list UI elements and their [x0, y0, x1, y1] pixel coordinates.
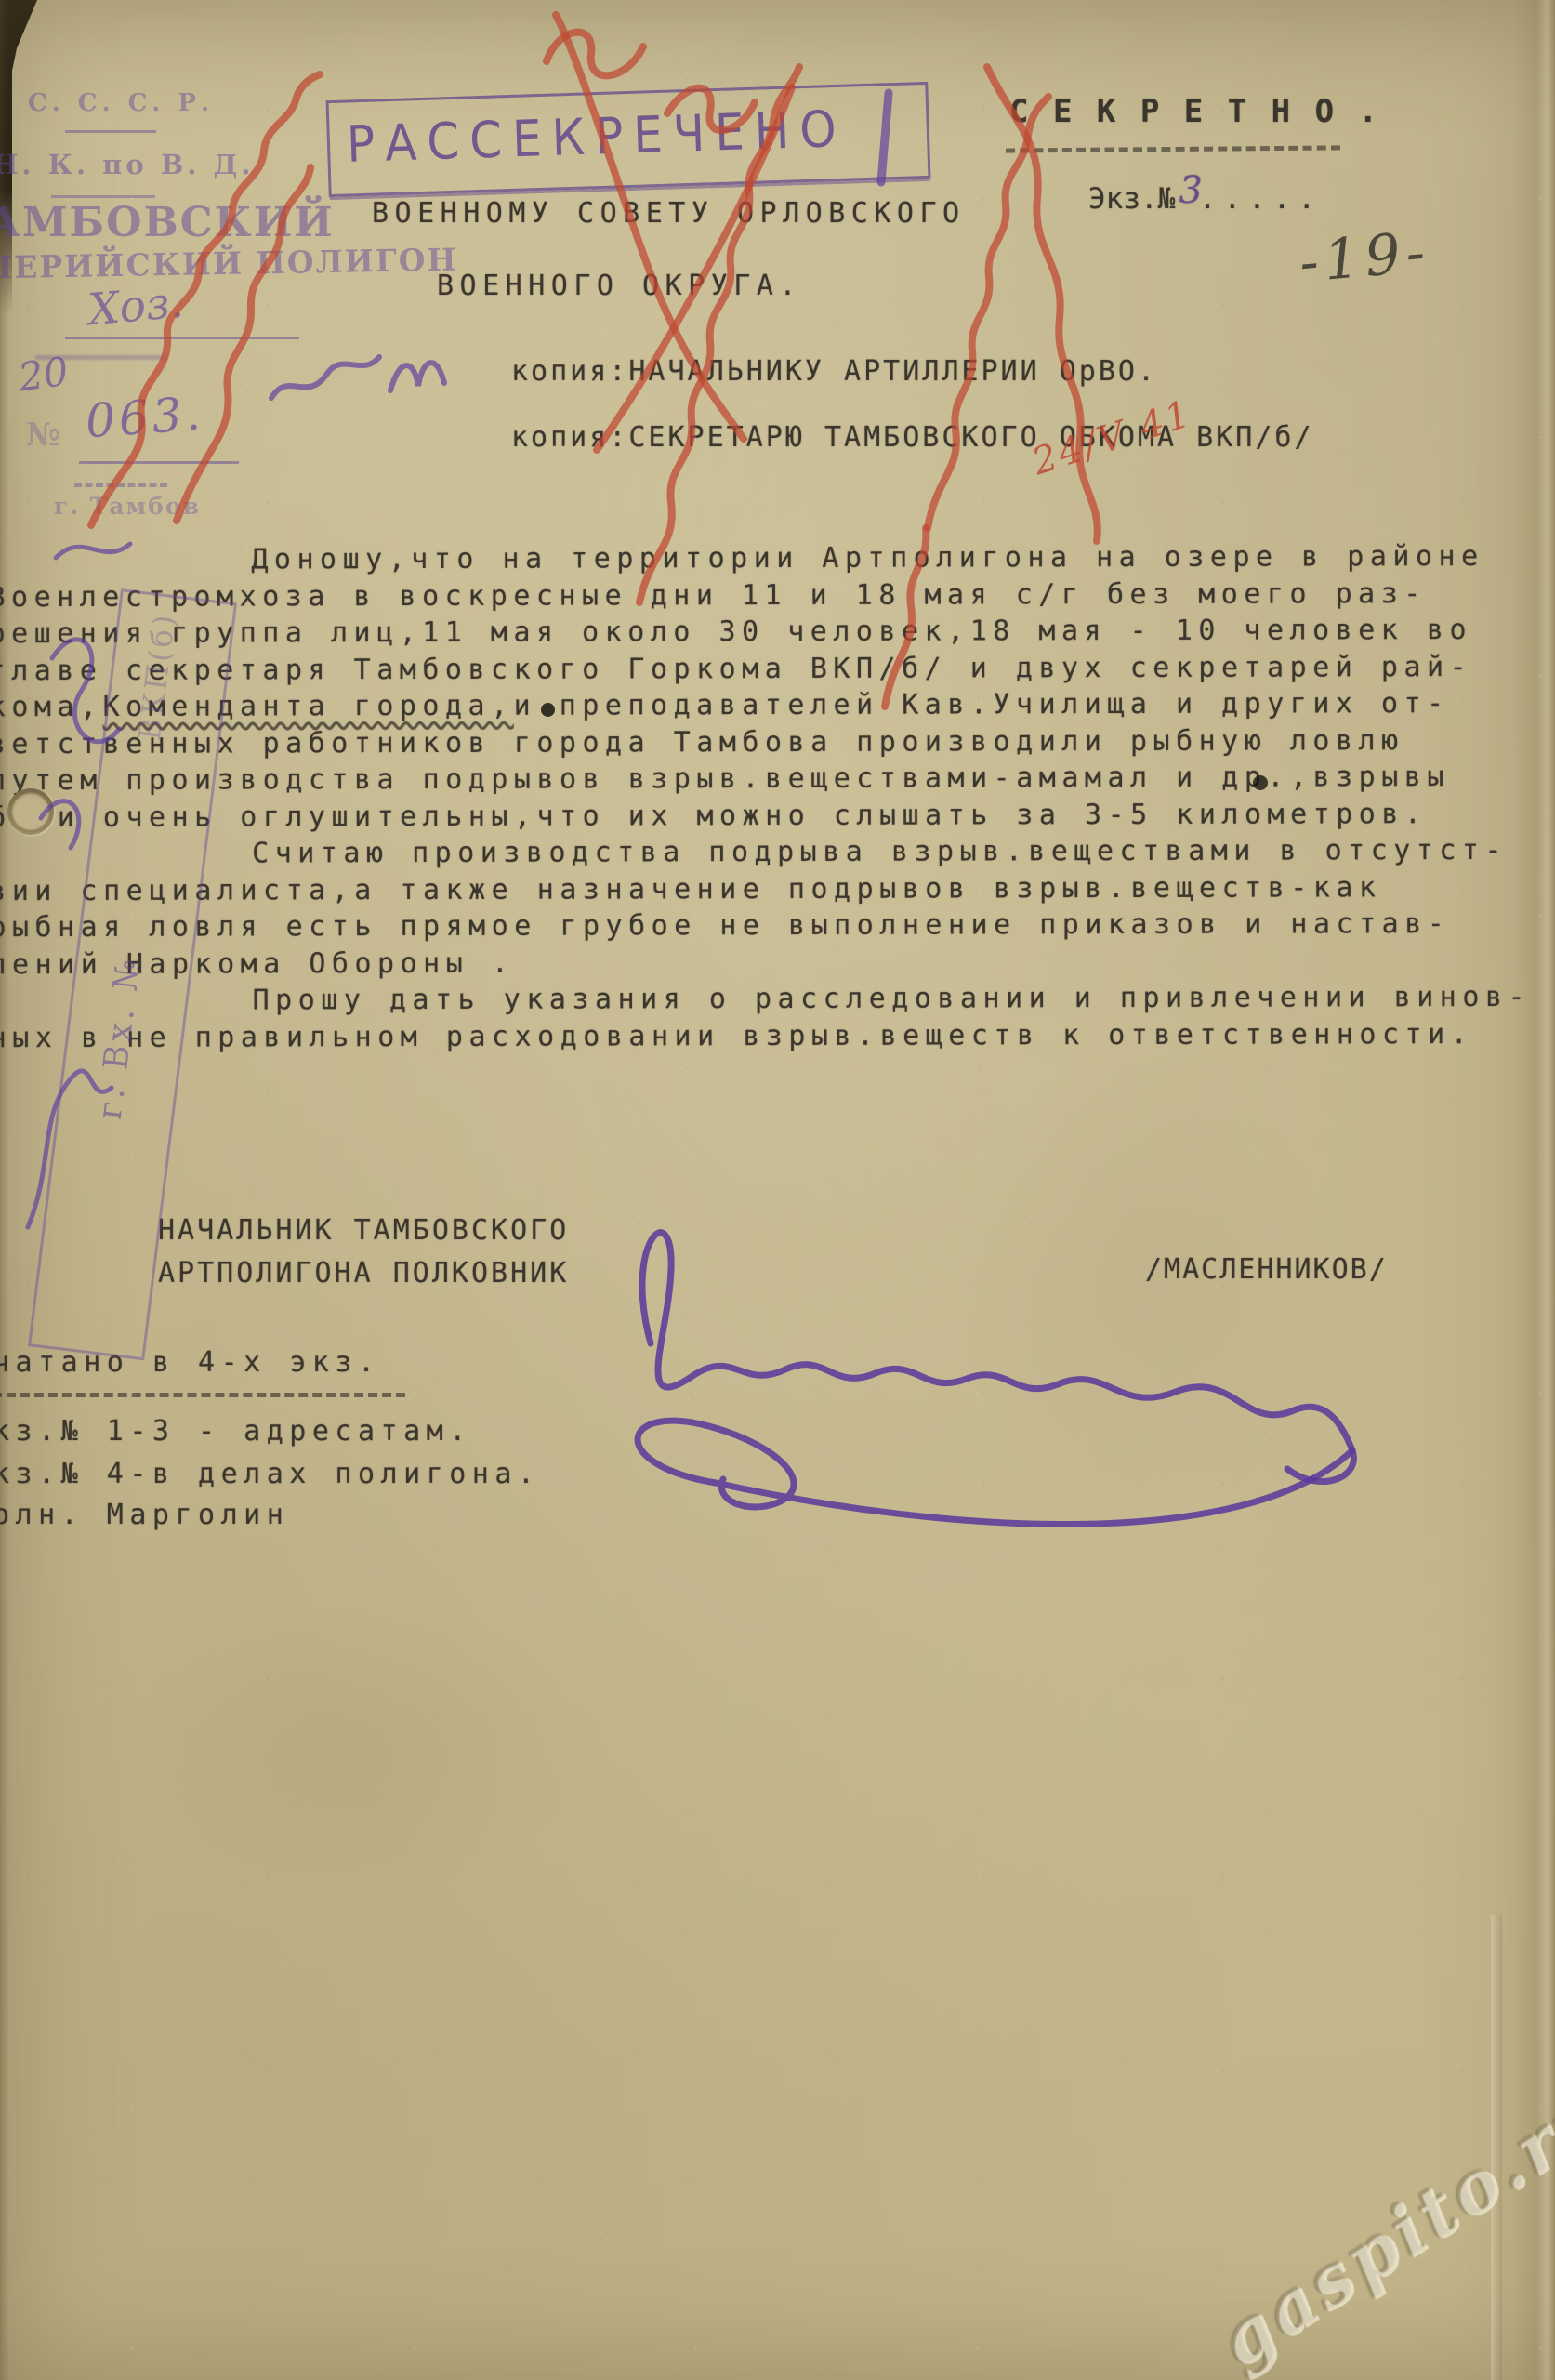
recipient-copy-1: копия:НАЧАЛЬНИКУ АРТИЛЛЕРИИ ОрВО.	[511, 355, 1157, 388]
stain-1	[112, 1599, 595, 1897]
body-line: ных в не правильном расходовании взрыв.в…	[0, 1017, 1551, 1058]
copy-number-line: Экз.№3.....	[1088, 175, 1323, 218]
letterhead-dashes	[74, 483, 167, 487]
classification-underline	[1006, 145, 1340, 152]
document-page: С. С. С. Р. Н. К. по В. Д. АМБОВСКИЙ ЛЕР…	[0, 0, 1555, 2380]
left-edge-shade	[0, 0, 9, 2380]
body-line: Прошу дать указания о расследовании и пр…	[0, 981, 1551, 1022]
letterhead-rule-5	[79, 461, 239, 464]
page-number: -19-	[1297, 219, 1432, 296]
letterhead-org-line-2: ЛЕРИЙСКИЙ ПОЛИГОН	[0, 242, 458, 286]
right-edge-fold	[1514, 0, 1555, 2380]
letterhead-rule-1	[65, 130, 156, 133]
copy-number-label: Экз.№	[1088, 182, 1175, 216]
copy-number-dots: .....	[1199, 182, 1323, 216]
classification-label: С Е К Р Е Т Н О .	[1009, 93, 1380, 130]
body-line-5-prefix: кома,	[0, 691, 103, 723]
footer-copies-line: чатано в 4-х экз.	[0, 1346, 381, 1379]
copy-number-value: 3	[1179, 169, 1202, 212]
body-line-5-suffix: и преподавателей Кав.Училища и других от…	[514, 687, 1450, 722]
body-line: кома,Коменданта города,и преподавателей …	[0, 687, 1550, 728]
letterhead-number-sign: №	[26, 416, 60, 454]
body-line: вии специалиста,а также назначение подры…	[0, 870, 1550, 911]
letterhead-country: С. С. С. Р.	[28, 89, 214, 117]
letterhead-dept-note: Хоз.	[86, 277, 186, 337]
declassified-stamp-label: РАССЕКРЕЧЕНО	[346, 99, 848, 174]
letterhead-city: г. Тамбов	[54, 493, 201, 520]
letterhead-doc-number: 063.	[84, 387, 205, 449]
red-annotation-date: 24/V 41	[1027, 392, 1197, 484]
footer-dist-line-1: кз.№ 1-3 - адресатам.	[0, 1415, 472, 1448]
ink-dot-2	[1253, 775, 1268, 790]
footer-dashed-rule	[0, 1393, 405, 1397]
body-line: главе секретаря Тамбовского Горкома ВКП/…	[0, 650, 1550, 691]
body-line: Доношу,что на территории Артполигона на …	[0, 540, 1549, 581]
body-line: лений Наркома Обороны .	[0, 944, 1551, 985]
body-line: рыбная ловля есть прямое грубое не выпол…	[0, 907, 1550, 948]
body-line: путем производства подрывов взрыв.вещест…	[0, 760, 1550, 801]
signature-title-line-1: НАЧАЛЬНИК ТАМБОВСКОГО	[158, 1214, 569, 1247]
letterhead-day-note: 20	[16, 349, 72, 401]
body-line: Считаю производства подрыва взрыв.вещест…	[0, 834, 1550, 875]
ink-dot-1	[541, 703, 555, 717]
incoming-stamp-label: г. Вх. №	[91, 953, 149, 1121]
watermark: gaspito.ru	[1204, 2069, 1555, 2380]
declassified-stamp: РАССЕКРЕЧЕНО	[326, 82, 931, 197]
recipient-line-1: ВОЕННОМУ СОВЕТУ ОРЛОВСКОГО	[372, 197, 966, 230]
letterhead-agency: Н. К. по В. Д.	[0, 149, 254, 180]
hole-punch	[7, 788, 54, 835]
incoming-stamp-label-2: ВКП(б)	[132, 610, 183, 742]
footer-dist-line-2: кз.№ 4-в делах полигона.	[0, 1458, 540, 1490]
body-line: были очень оглушительны,что их можно слы…	[0, 797, 1550, 838]
letterhead-org-line-1: АМБОВСКИЙ	[0, 199, 335, 246]
recipient-line-2: ВОЕННОГО ОКРУГА.	[437, 270, 802, 302]
footer-executor-line: олн. Марголин	[0, 1499, 289, 1531]
signature-title-line-2: АРТПОЛИГОНА ПОЛКОВНИК	[158, 1257, 569, 1289]
signature-name: /МАСЛЕННИКОВ/	[1145, 1253, 1388, 1286]
letterhead-rule-3	[65, 337, 299, 339]
body-line: ветственных работников города Тамбова пр…	[0, 723, 1550, 764]
letterhead-rule-2	[51, 195, 155, 198]
